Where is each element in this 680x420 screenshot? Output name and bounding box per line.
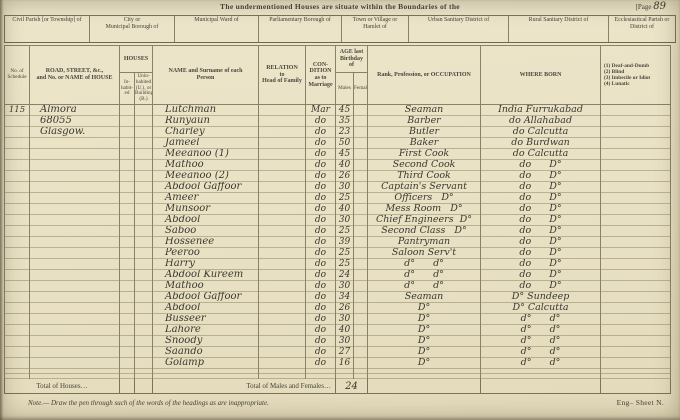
- footer-note-text: Note.— Draw the pen through such of the …: [28, 399, 269, 407]
- cell-condition: do: [306, 237, 336, 248]
- cell-name: Snoody: [153, 336, 259, 347]
- cell-name: Abdool: [153, 215, 259, 226]
- cell-where-born: do D°: [481, 237, 601, 248]
- cell-address: Glasgow.: [30, 127, 120, 138]
- cell-uninhabited: [135, 138, 153, 149]
- cell-age-female: [354, 138, 368, 149]
- totals-row-group: Total of Houses… Total of Males and Fema…: [5, 379, 671, 394]
- cell-condition: do: [306, 204, 336, 215]
- cell-condition: do: [306, 248, 336, 259]
- cell-inhabited: [120, 193, 135, 204]
- cell-uninhabited: [135, 237, 153, 248]
- cell-occupation: Second Cook: [368, 160, 481, 171]
- district-box-label: Civil Parish [or Township] of: [5, 17, 89, 24]
- cell-inhabited: [120, 171, 135, 182]
- cell-uninhabited: [135, 105, 153, 116]
- cell-infirmity: [601, 182, 671, 193]
- cell-age-male: 30: [336, 336, 354, 347]
- cell-inhabited: [120, 127, 135, 138]
- cell-address: 68055: [30, 116, 120, 127]
- cell-uninhabited: [135, 226, 153, 237]
- cell-where-born: do Allahabad: [481, 116, 601, 127]
- form-title: The undermentioned Houses are situate wi…: [0, 2, 680, 11]
- cell-relation: [259, 248, 306, 259]
- cell-inhabited: [120, 138, 135, 149]
- cell-name: Lahore: [153, 325, 259, 336]
- cell-condition: do: [306, 171, 336, 182]
- cell-address: [30, 171, 120, 182]
- col-header-infirmity: (1) Deaf-and-Dumb (2) Blind (3) Imbecile…: [601, 46, 671, 105]
- cell-schedule: [5, 336, 30, 347]
- cell-address: [30, 259, 120, 270]
- cell-relation: [259, 204, 306, 215]
- col-header-age-males: Males: [336, 73, 354, 105]
- cell-condition: do: [306, 160, 336, 171]
- cell-where-born: do D°: [481, 182, 601, 193]
- cell-schedule: [5, 292, 30, 303]
- cell-schedule: [5, 325, 30, 336]
- census-row: Jameeldo50Bakerdo Burdwan: [5, 138, 671, 149]
- census-row: Saandodo27D°d° d°: [5, 347, 671, 358]
- cell-infirmity: [601, 116, 671, 127]
- cell-schedule: [5, 138, 30, 149]
- cell-occupation: Captain's Servant: [368, 182, 481, 193]
- cell-age-female: [354, 358, 368, 369]
- cell-age-female: [354, 259, 368, 270]
- cell-name: Harry: [153, 259, 259, 270]
- cell-inhabited: [120, 182, 135, 193]
- cell-age-male: 30: [336, 182, 354, 193]
- cell-age-male: 23: [336, 127, 354, 138]
- col-header-uninhabited: Unin- habited (U.), or Building (B.): [135, 73, 153, 105]
- cell-where-born: D° Calcutta: [481, 303, 601, 314]
- cell-age-female: [354, 325, 368, 336]
- col-header-where-born: WHERE BORN: [481, 46, 601, 105]
- cell-occupation: Second Class D°: [368, 226, 481, 237]
- total-empty-infirmity-cell: [601, 379, 671, 394]
- cell-schedule: [5, 314, 30, 325]
- cell-where-born: d° d°: [481, 358, 601, 369]
- top-strip: The undermentioned Houses are situate wi…: [0, 0, 680, 15]
- cell-infirmity: [601, 281, 671, 292]
- cell-inhabited: [120, 105, 135, 116]
- cell-where-born: do D°: [481, 204, 601, 215]
- total-houses-label: Total of Houses…: [5, 379, 120, 394]
- cell-inhabited: [120, 237, 135, 248]
- cell-occupation: Baker: [368, 138, 481, 149]
- cell-condition: do: [306, 270, 336, 281]
- cell-relation: [259, 226, 306, 237]
- census-row: Busseerdo30D°d° d°: [5, 314, 671, 325]
- census-row: Mathoodo40Second Cookdo D°: [5, 160, 671, 171]
- district-box-municipal-ward: Municipal Ward of: [175, 16, 259, 42]
- cell-age-female: [354, 226, 368, 237]
- cell-inhabited: [120, 292, 135, 303]
- col-header-occupation: Rank, Profession, or OCCUPATION: [368, 46, 481, 105]
- census-row: Meeanoo (1)do45First Cookdo Calcutta: [5, 149, 671, 160]
- cell-relation: [259, 160, 306, 171]
- cell-occupation: D°: [368, 325, 481, 336]
- cell-relation: [259, 116, 306, 127]
- cell-age-female: [354, 105, 368, 116]
- cell-age-female: [354, 215, 368, 226]
- col-header-age-females: Females: [354, 73, 368, 105]
- total-males-females-label: Total of Males and Females…: [153, 379, 336, 394]
- district-box-label: Ecclesiastical Parish or District of: [609, 17, 675, 31]
- cell-name: Munsoor: [153, 204, 259, 215]
- cell-infirmity: [601, 138, 671, 149]
- cell-infirmity: [601, 226, 671, 237]
- census-row: Munsoordo40Mess Room D°do D°: [5, 204, 671, 215]
- cell-infirmity: [601, 292, 671, 303]
- cell-schedule: [5, 270, 30, 281]
- cell-where-born: d° d°: [481, 325, 601, 336]
- cell-occupation: Mess Room D°: [368, 204, 481, 215]
- cell-occupation: D°: [368, 336, 481, 347]
- cell-uninhabited: [135, 193, 153, 204]
- cell-infirmity: [601, 204, 671, 215]
- cell-address: [30, 138, 120, 149]
- cell-age-male: 35: [336, 116, 354, 127]
- cell-inhabited: [120, 226, 135, 237]
- district-box-town-village: Town or Village or Hamlet of: [342, 16, 409, 42]
- cell-schedule: [5, 248, 30, 259]
- cell-infirmity: [601, 171, 671, 182]
- cell-address: [30, 325, 120, 336]
- cell-address: [30, 292, 120, 303]
- cell-relation: [259, 292, 306, 303]
- cell-name: Meeanoo (1): [153, 149, 259, 160]
- cell-schedule: [5, 116, 30, 127]
- cell-condition: do: [306, 259, 336, 270]
- cell-uninhabited: [135, 182, 153, 193]
- cell-age-female: [354, 116, 368, 127]
- cell-age-female: [354, 336, 368, 347]
- cell-occupation: Pantryman: [368, 237, 481, 248]
- cell-uninhabited: [135, 303, 153, 314]
- cell-address: [30, 270, 120, 281]
- cell-uninhabited: [135, 204, 153, 215]
- cell-condition: do: [306, 314, 336, 325]
- cell-where-born: d° d°: [481, 347, 601, 358]
- district-box-label: Municipal Ward of: [175, 17, 258, 24]
- district-box-civil-parish: Civil Parish [or Township] of: [5, 16, 90, 42]
- cell-schedule: [5, 347, 30, 358]
- cell-infirmity: [601, 149, 671, 160]
- cell-name: Golamp: [153, 358, 259, 369]
- cell-infirmity: [601, 193, 671, 204]
- cell-address: [30, 215, 120, 226]
- cell-age-male: 30: [336, 281, 354, 292]
- cell-uninhabited: [135, 259, 153, 270]
- census-row: Mathoodo30d° d°do D°: [5, 281, 671, 292]
- cell-relation: [259, 347, 306, 358]
- cell-age-female: [354, 347, 368, 358]
- cell-where-born: do D°: [481, 160, 601, 171]
- cell-age-male: 25: [336, 248, 354, 259]
- cell-age-male: 26: [336, 303, 354, 314]
- cell-name: Lutchman: [153, 105, 259, 116]
- cell-age-male: 25: [336, 226, 354, 237]
- cell-age-male: 16: [336, 358, 354, 369]
- cell-address: [30, 204, 120, 215]
- cell-occupation: Third Cook: [368, 171, 481, 182]
- cell-name: Saando: [153, 347, 259, 358]
- col-header-relation: RELATION to Head of Family: [259, 46, 306, 105]
- cell-infirmity: [601, 358, 671, 369]
- cell-name: Meeanoo (2): [153, 171, 259, 182]
- cell-where-born: do D°: [481, 248, 601, 259]
- cell-name: Charley: [153, 127, 259, 138]
- cell-where-born: d° d°: [481, 314, 601, 325]
- cell-name: Mathoo: [153, 160, 259, 171]
- cell-address: [30, 281, 120, 292]
- cell-age-female: [354, 292, 368, 303]
- cell-schedule: [5, 160, 30, 171]
- cell-age-female: [354, 281, 368, 292]
- census-row: Lahoredo40D°d° d°: [5, 325, 671, 336]
- column-headers: No. of Schedule ROAD, STREET, &c., and N…: [5, 46, 671, 105]
- cell-inhabited: [120, 325, 135, 336]
- district-box-municipal-borough: City or Municipal Borough of: [90, 16, 175, 42]
- cell-inhabited: [120, 248, 135, 259]
- census-row: 115AlmoraLutchmanMar45SeamanIndia Furruk…: [5, 105, 671, 116]
- district-box-ecclesiastical: Ecclesiastical Parish or District of: [609, 16, 675, 42]
- cell-name: Abdool Gaffoor: [153, 292, 259, 303]
- census-row: Abdool Gaffoordo30Captain's Servantdo D°: [5, 182, 671, 193]
- cell-relation: [259, 259, 306, 270]
- cell-address: [30, 314, 120, 325]
- cell-address: [30, 347, 120, 358]
- census-row: Saboodo25Second Class D°do D°: [5, 226, 671, 237]
- footer-note: Note.— Draw the pen through such of the …: [28, 399, 269, 407]
- cell-schedule: [5, 193, 30, 204]
- census-row: Abdooldo26D°D° Calcutta: [5, 303, 671, 314]
- cell-occupation: d° d°: [368, 281, 481, 292]
- cell-occupation: d° d°: [368, 259, 481, 270]
- cell-address: [30, 336, 120, 347]
- cell-age-male: 40: [336, 160, 354, 171]
- census-row: Meeanoo (2)do26Third Cookdo D°: [5, 171, 671, 182]
- footer: Note.— Draw the pen through such of the …: [28, 398, 664, 407]
- cell-schedule: [5, 204, 30, 215]
- census-row: Abdool Kureemdo24d° d°do D°: [5, 270, 671, 281]
- cell-uninhabited: [135, 347, 153, 358]
- census-row: Glasgow.Charleydo23Butlerdo Calcutta: [5, 127, 671, 138]
- cell-where-born: India Furrukabad: [481, 105, 601, 116]
- cell-occupation: Officers D°: [368, 193, 481, 204]
- district-box-parliamentary-borough: Parliamentary Borough of: [259, 16, 342, 42]
- cell-address: [30, 149, 120, 160]
- cell-occupation: Saloon Serv't: [368, 248, 481, 259]
- cell-uninhabited: [135, 292, 153, 303]
- cell-infirmity: [601, 303, 671, 314]
- cell-occupation: D°: [368, 358, 481, 369]
- cell-schedule: [5, 303, 30, 314]
- col-header-inhabited: In- habit- ed: [120, 73, 135, 105]
- cell-inhabited: [120, 215, 135, 226]
- cell-where-born: do D°: [481, 171, 601, 182]
- col-header-name: NAME and Surname of each Person: [153, 46, 259, 105]
- cell-age-female: [354, 160, 368, 171]
- cell-age-male: 40: [336, 204, 354, 215]
- cell-uninhabited: [135, 270, 153, 281]
- cell-where-born: d° d°: [481, 336, 601, 347]
- census-rows: 115AlmoraLutchmanMar45SeamanIndia Furruk…: [5, 105, 671, 379]
- cell-infirmity: [601, 259, 671, 270]
- cell-age-male: 34: [336, 292, 354, 303]
- census-row: Harrydo25d° d°do D°: [5, 259, 671, 270]
- cell-address: [30, 237, 120, 248]
- census-page: The undermentioned Houses are situate wi…: [0, 0, 680, 420]
- cell-relation: [259, 336, 306, 347]
- cell-age-male: 30: [336, 314, 354, 325]
- cell-condition: do: [306, 303, 336, 314]
- district-box-label: Rural Sanitary District of: [509, 17, 608, 24]
- cell-schedule: [5, 215, 30, 226]
- cell-schedule: [5, 281, 30, 292]
- cell-relation: [259, 193, 306, 204]
- cell-where-born: do Burdwan: [481, 138, 601, 149]
- cell-uninhabited: [135, 127, 153, 138]
- cell-age-female: [354, 149, 368, 160]
- cell-occupation: Butler: [368, 127, 481, 138]
- cell-name: Jameel: [153, 138, 259, 149]
- total-empty-occupation-cell: [368, 379, 481, 394]
- cell-inhabited: [120, 259, 135, 270]
- cell-age-female: [354, 237, 368, 248]
- page-reference: [Page 89: [636, 1, 666, 12]
- cell-occupation: D°: [368, 303, 481, 314]
- cell-schedule: [5, 171, 30, 182]
- cell-infirmity: [601, 237, 671, 248]
- cell-infirmity: [601, 215, 671, 226]
- cell-name: Runyaun: [153, 116, 259, 127]
- district-box-urban-sanitary: Urban Sanitary District of: [409, 16, 509, 42]
- district-box-label: Urban Sanitary District of: [409, 17, 508, 24]
- cell-relation: [259, 215, 306, 226]
- cell-age-male: 30: [336, 215, 354, 226]
- census-row: Abdooldo30Chief Engineers D°do D°: [5, 215, 671, 226]
- cell-where-born: do D°: [481, 215, 601, 226]
- cell-condition: do: [306, 336, 336, 347]
- cell-address: [30, 226, 120, 237]
- cell-schedule: [5, 358, 30, 369]
- cell-condition: do: [306, 325, 336, 336]
- census-row: Snoodydo30D°d° d°: [5, 336, 671, 347]
- cell-age-female: [354, 248, 368, 259]
- cell-relation: [259, 358, 306, 369]
- col-header-schedule: No. of Schedule: [5, 46, 30, 105]
- cell-name: Mathoo: [153, 281, 259, 292]
- cell-relation: [259, 281, 306, 292]
- col-header-condition: CON- DITION as to Marriage: [306, 46, 336, 105]
- cell-address: [30, 160, 120, 171]
- cell-address: [30, 358, 120, 369]
- cell-age-female: [354, 303, 368, 314]
- cell-name: Hossenee: [153, 237, 259, 248]
- cell-infirmity: [601, 314, 671, 325]
- cell-relation: [259, 149, 306, 160]
- cell-relation: [259, 138, 306, 149]
- cell-infirmity: [601, 270, 671, 281]
- district-box-label: City or Municipal Borough of: [90, 17, 174, 31]
- cell-infirmity: [601, 347, 671, 358]
- cell-address: [30, 248, 120, 259]
- district-header-row: Civil Parish [or Township] of City or Mu…: [4, 15, 676, 43]
- cell-inhabited: [120, 116, 135, 127]
- cell-age-male: 27: [336, 347, 354, 358]
- cell-occupation: D°: [368, 314, 481, 325]
- cell-condition: do: [306, 193, 336, 204]
- cell-relation: [259, 237, 306, 248]
- census-row: Golampdo16D°d° d°: [5, 358, 671, 369]
- col-header-houses: HOUSES: [120, 46, 153, 73]
- cell-age-female: [354, 171, 368, 182]
- cell-name: Peeroo: [153, 248, 259, 259]
- cell-infirmity: [601, 127, 671, 138]
- cell-relation: [259, 127, 306, 138]
- cell-where-born: do D°: [481, 226, 601, 237]
- cell-condition: do: [306, 347, 336, 358]
- cell-occupation: Seaman: [368, 292, 481, 303]
- cell-where-born: do D°: [481, 270, 601, 281]
- cell-where-born: do Calcutta: [481, 149, 601, 160]
- cell-occupation: Seaman: [368, 105, 481, 116]
- cell-occupation: Chief Engineers D°: [368, 215, 481, 226]
- cell-uninhabited: [135, 116, 153, 127]
- cell-condition: do: [306, 215, 336, 226]
- cell-address: [30, 193, 120, 204]
- cell-condition: do: [306, 116, 336, 127]
- cell-where-born: do D°: [481, 259, 601, 270]
- cell-age-male: 25: [336, 259, 354, 270]
- cell-relation: [259, 182, 306, 193]
- cell-age-male: 45: [336, 149, 354, 160]
- cell-age-female: [354, 314, 368, 325]
- sheet-label: Eng– Sheet N.: [617, 398, 664, 407]
- cell-age-female: [354, 270, 368, 281]
- cell-infirmity: [601, 248, 671, 259]
- cell-inhabited: [120, 270, 135, 281]
- total-houses-inhabited-cell: [120, 379, 135, 394]
- census-row: Hosseneedo39Pantrymando D°: [5, 237, 671, 248]
- cell-age-male: 40: [336, 325, 354, 336]
- district-box-label: Town or Village or Hamlet of: [342, 17, 408, 31]
- cell-infirmity: [601, 325, 671, 336]
- cell-age-male: 45: [336, 105, 354, 116]
- totals-row: Total of Houses… Total of Males and Fema…: [5, 379, 671, 394]
- cell-infirmity: [601, 336, 671, 347]
- cell-condition: do: [306, 292, 336, 303]
- cell-inhabited: [120, 160, 135, 171]
- cell-name: Busseer: [153, 314, 259, 325]
- cell-relation: [259, 303, 306, 314]
- col-header-age: AGE last Birthday of: [336, 46, 368, 73]
- cell-where-born: do D°: [481, 281, 601, 292]
- cell-condition: do: [306, 226, 336, 237]
- cell-where-born: do Calcutta: [481, 127, 601, 138]
- cell-age-male: 25: [336, 193, 354, 204]
- cell-schedule: [5, 259, 30, 270]
- cell-relation: [259, 325, 306, 336]
- cell-uninhabited: [135, 336, 153, 347]
- cell-schedule: [5, 127, 30, 138]
- cell-condition: Mar: [306, 105, 336, 116]
- census-row: Ameerdo25Officers D°do D°: [5, 193, 671, 204]
- cell-uninhabited: [135, 149, 153, 160]
- cell-condition: do: [306, 281, 336, 292]
